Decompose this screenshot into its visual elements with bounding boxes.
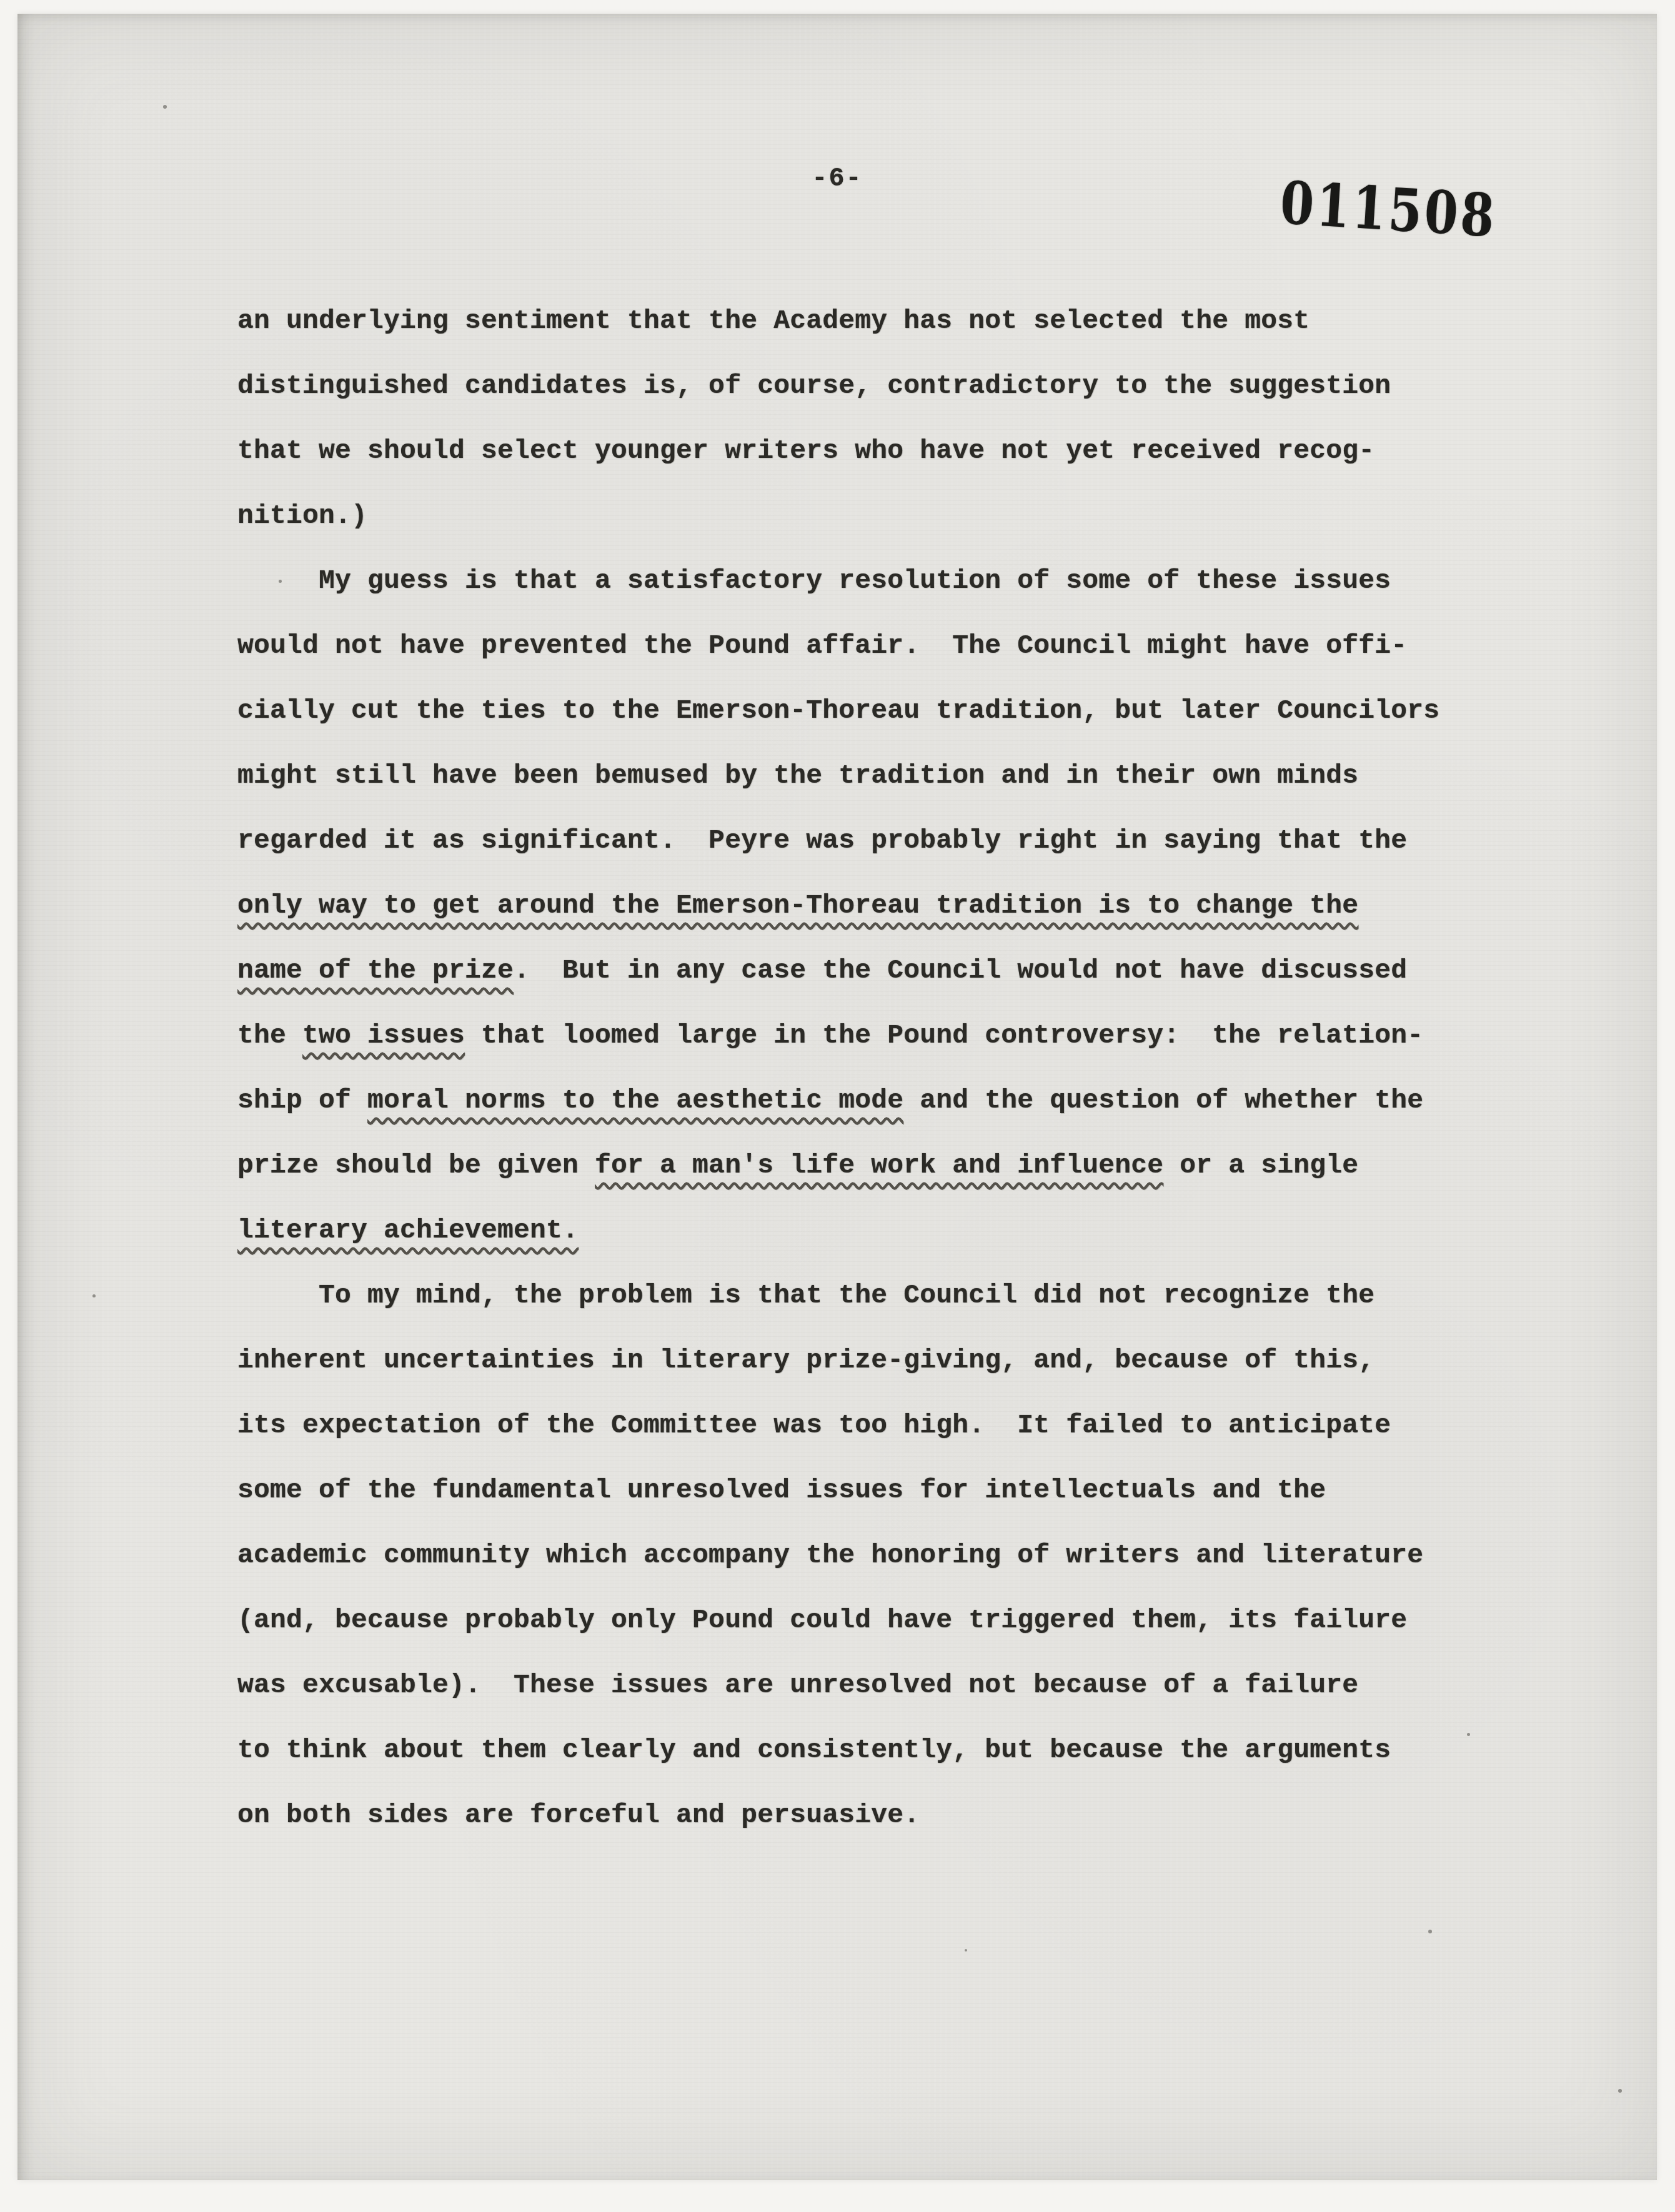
dust-speck — [163, 105, 167, 109]
text-segment: would not have prevented the Pound affai… — [237, 630, 1407, 661]
text-line: the two issues that loomed large in the … — [237, 1003, 1506, 1068]
text-line: nition.) — [237, 484, 1506, 548]
text-segment: My guess is that a satisfactory resoluti… — [319, 565, 1391, 596]
underlined-phrase: only way to get around the Emerson-Thore… — [237, 890, 1358, 921]
dust-speck — [92, 1294, 96, 1297]
text-segment: to think about them clearly and consiste… — [237, 1735, 1391, 1765]
text-segment: prize should be given — [237, 1150, 595, 1181]
text-line: an underlying sentiment that the Academy… — [237, 289, 1506, 354]
stamp-number: 011508 — [1278, 169, 1499, 251]
text-line: name of the prize. But in any case the C… — [237, 938, 1506, 1003]
text-line: inherent uncertainties in literary prize… — [237, 1328, 1506, 1393]
dust-speck — [1618, 2089, 1622, 2093]
underlined-phrase: moral norms to the aesthetic mode — [367, 1085, 903, 1116]
text-line: was excusable). These issues are unresol… — [237, 1653, 1506, 1718]
text-line: regarded it as significant. Peyre was pr… — [237, 808, 1506, 873]
text-line: that we should select younger writers wh… — [237, 419, 1506, 484]
text-line: might still have been bemused by the tra… — [237, 743, 1506, 808]
text-line: My guess is that a satisfactory resoluti… — [237, 548, 1506, 613]
document-page: -6- 011508 an underlying sentiment that … — [17, 14, 1657, 2180]
text-line: prize should be given for a man's life w… — [237, 1133, 1506, 1198]
text-segment: distinguished candidates is, of course, … — [237, 370, 1391, 401]
text-line: literary achievement. — [237, 1198, 1506, 1263]
text-segment: academic community which accompany the h… — [237, 1540, 1423, 1570]
text-segment: an underlying sentiment that the Academy… — [237, 305, 1310, 336]
text-segment: or a single — [1163, 1150, 1358, 1181]
underlined-phrase: literary achievement. — [237, 1215, 579, 1246]
text-segment: was excusable). These issues are unresol… — [237, 1670, 1358, 1700]
text-line: on both sides are forceful and persuasiv… — [237, 1783, 1506, 1848]
text-segment: inherent uncertainties in literary prize… — [237, 1345, 1374, 1376]
text-line: (and, because probably only Pound could … — [237, 1588, 1506, 1653]
text-segment: regarded it as significant. Peyre was pr… — [237, 825, 1407, 856]
text-segment: might still have been bemused by the tra… — [237, 760, 1358, 791]
text-line: some of the fundamental unresolved issue… — [237, 1458, 1506, 1523]
underlined-phrase: two issues — [302, 1020, 465, 1051]
text-segment: To my mind, the problem is that the Coun… — [319, 1280, 1374, 1311]
text-segment: (and, because probably only Pound could … — [237, 1605, 1407, 1635]
dust-speck — [1428, 1930, 1432, 1933]
text-segment: on both sides are forceful and persuasiv… — [237, 1800, 920, 1830]
text-segment: the — [237, 1020, 302, 1051]
underlined-phrase: for a man's life work and influence — [595, 1150, 1163, 1181]
text-line: academic community which accompany the h… — [237, 1523, 1506, 1588]
text-line: To my mind, the problem is that the Coun… — [237, 1263, 1506, 1328]
text-line: only way to get around the Emerson-Thore… — [237, 873, 1506, 938]
scan-background: -6- 011508 an underlying sentiment that … — [0, 0, 1675, 2212]
text-line: to think about them clearly and consiste… — [237, 1718, 1506, 1783]
text-segment: . But in any case the Council would not … — [514, 955, 1407, 986]
text-line: distinguished candidates is, of course, … — [237, 354, 1506, 419]
text-segment: ship of — [237, 1085, 367, 1116]
typed-text: an underlying sentiment that the Academy… — [237, 289, 1506, 1848]
text-line: would not have prevented the Pound affai… — [237, 613, 1506, 678]
underlined-phrase: name of the prize — [237, 955, 514, 986]
text-line: its expectation of the Committee was too… — [237, 1393, 1506, 1458]
text-segment: that loomed large in the Pound controver… — [465, 1020, 1423, 1051]
text-segment: nition.) — [237, 500, 367, 531]
text-segment: its expectation of the Committee was too… — [237, 1410, 1391, 1441]
dust-speck — [1467, 1733, 1470, 1736]
text-line: cially cut the ties to the Emerson-Thore… — [237, 678, 1506, 743]
dust-speck — [965, 1949, 967, 1952]
dust-speck — [279, 580, 282, 583]
text-line: ship of moral norms to the aesthetic mod… — [237, 1068, 1506, 1133]
text-segment: and the question of whether the — [903, 1085, 1423, 1116]
text-segment: cially cut the ties to the Emerson-Thore… — [237, 695, 1439, 726]
text-segment: some of the fundamental unresolved issue… — [237, 1475, 1326, 1505]
text-segment: that we should select younger writers wh… — [237, 435, 1374, 466]
